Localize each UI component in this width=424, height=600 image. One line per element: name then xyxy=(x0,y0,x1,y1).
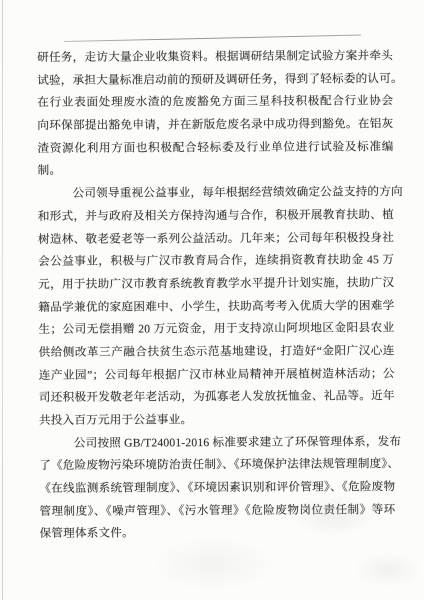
page-edge-line xyxy=(2,0,3,600)
text-line: 生；公司无偿捐赠 20 万元资金，用于支持凉山阿坝地区金阳县农业 xyxy=(38,317,394,342)
text-line: 连产业园”；公司每年根据广汉市林业局精神开展植树造林活动；公 xyxy=(39,363,395,388)
text-line: 保管理体系文件。 xyxy=(39,522,395,547)
text-line: 《在线监测系统管理制度》、《环境因素识别和评价管理》、《危险废物 xyxy=(39,476,395,501)
text-line: 共投入百万元用于公益事业。 xyxy=(39,408,395,433)
text-line: 供给侧改革三产融合扶贫生态示范基地建设，打造好“金阳广汉心连 xyxy=(39,340,395,365)
text-line: 管理制度》、《噪声管理》、《污水管理》《危险废物岗位责任制》等环 xyxy=(39,499,395,524)
text-line: 司还积极开发敬老年老活动，为孤寡老人发放抚恤金、礼品等。近年 xyxy=(39,385,395,410)
text-line: 在行业表面处理废水渣的危废豁免方面三星科技积极配合行业协会 xyxy=(37,91,393,116)
text-line: 和形式，并与政府及相关方保持沟通与合作，积极开展教育扶助、植 xyxy=(38,204,394,229)
text-line: 向环保部提出豁免申请，并在新版危废名录中成功得到豁免。在铝灰 xyxy=(37,113,393,138)
text-line: 籍品学兼优的家庭困难中、小学生，扶助高考考入优质大学的困难学 xyxy=(38,295,394,320)
text-line: 了《危险废物污染环境防治责任制》、《环境保护法律法规管理制度》、 xyxy=(39,454,395,479)
text-line: 试验，承担大量标准启动前的预研及调研任务，得到了轻标委的认可。 xyxy=(37,68,393,93)
text-line: 公司领导重视公益事业，每年根据经营绩效确定公益支持的方向 xyxy=(38,181,394,206)
text-line: 树造林、敬老爱老等一系列公益活动。几年来；公司每年积极投身社 xyxy=(38,227,394,252)
text-line: 会公益事业，积极与广汉市教育局合作，连续捐资教育扶助金 45 万 xyxy=(38,249,394,274)
text-line: 研任务，走访大量企业收集资料。根据调研结果制定试验方案并牵头 xyxy=(37,45,393,70)
top-rule-line xyxy=(64,35,361,43)
text-line: 公司按照 GB/T24001-2016 标准要求建立了环保管理体系，发布 xyxy=(39,431,395,456)
text-line: 元，用于扶助广汉市教育系统教育教学水平提升计划实施，扶助广汉 xyxy=(38,272,394,297)
text-line: 制。 xyxy=(38,159,394,184)
text-line: 渣资源化利用方面也积极配合轻标委及行业单位进行试验及标准编 xyxy=(37,136,393,161)
document-page: 研任务，走访大量企业收集资料。根据调研结果制定试验方案并牵头试验，承担大量标准启… xyxy=(0,0,424,600)
document-text: 研任务，走访大量企业收集资料。根据调研结果制定试验方案并牵头试验，承担大量标准启… xyxy=(37,45,396,546)
